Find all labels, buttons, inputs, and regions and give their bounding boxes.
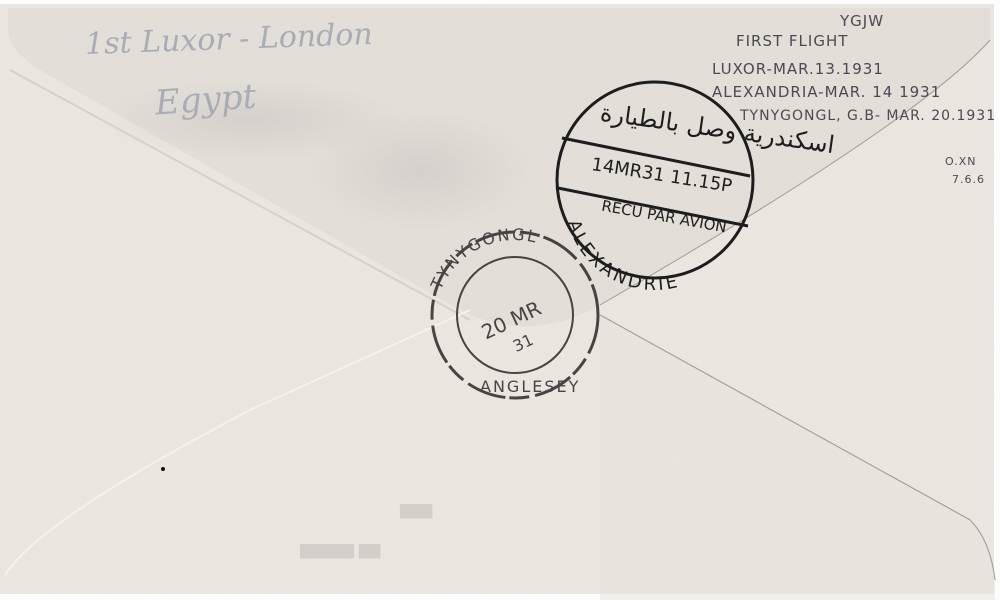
svg-text:▇▇▇: ▇▇▇ xyxy=(399,503,433,519)
annotation-ref1: O.XN xyxy=(945,155,976,168)
annotation-ref2: 7.6.6 xyxy=(952,173,985,186)
annotation-tynygongl: TYNYGONGL, G.B- MAR. 20.1931 xyxy=(740,108,996,124)
svg-text:ANGLESEY: ANGLESEY xyxy=(480,377,580,396)
pencil-note-country: Egypt xyxy=(154,77,258,124)
annotation-alexandria: ALEXANDRIA-MAR. 14 1931 xyxy=(712,83,941,101)
annotation-title: FIRST FLIGHT xyxy=(736,32,848,50)
svg-text:▇▇▇▇▇ ▇▇: ▇▇▇▇▇ ▇▇ xyxy=(299,543,380,559)
annotation-code: YGJW xyxy=(840,12,884,30)
annotation-luxor: LUXOR-MAR.13.1931 xyxy=(712,60,884,78)
